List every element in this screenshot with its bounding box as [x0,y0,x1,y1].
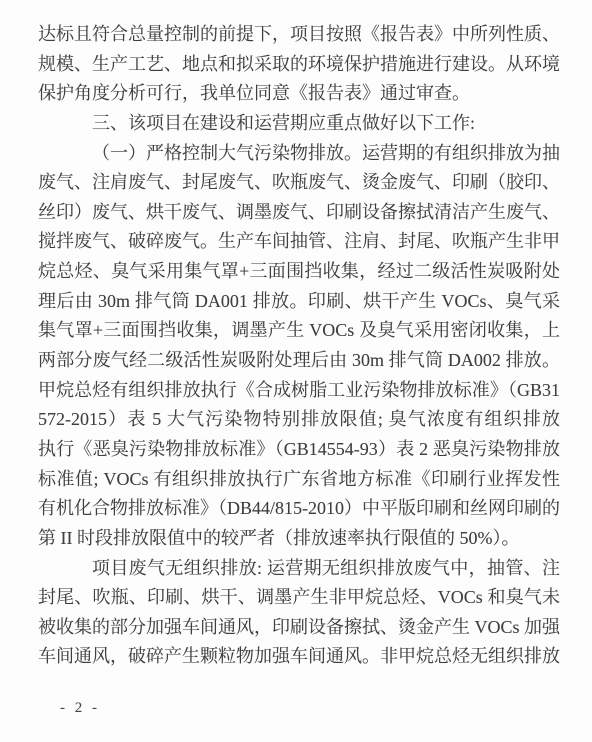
text-line: 执行《恶臭污染物排放标准》（GB14554-93）表 2 恶臭污染物排放 [38,435,560,465]
text-line: 封尾、吹瓶、印刷、烘干、调墨产生非甲烷总烃、VOCs 和臭气未 [38,583,560,613]
text-line: 项目废气无组织排放: 运营期无组织排放废气中，抽管、注肩、 [38,554,560,584]
text-line: 车间通风，破碎产生颗粒物加强车间通风。非甲烷总烃无组织排放 [38,642,560,672]
text-line: 被收集的部分加强车间通风，印刷设备擦拭、烫金产生 VOCs 加强 [38,613,560,643]
text-line: 丝印）废气、烘干废气、调墨废气、印刷设备擦拭清洁产生废气、 [38,198,560,228]
document-body: 达标且符合总量控制的前提下，项目按照《报告表》中所列性质、 规模、生产工艺、地点… [38,20,560,672]
text-line: 搅拌废气、破碎废气。生产车间抽管、注肩、封尾、吹瓶产生非甲 [38,227,560,257]
page-number: - 2 - [60,700,100,717]
text-line: 两部分废气经二级活性炭吸附处理后由 30m 排气筒 DA002 排放。非 [38,346,560,376]
text-line: 烷总烃、臭气采用集气罩+三面围挡收集，经过二级活性炭吸附处 [38,257,560,287]
text-line: 标准值; VOCs 有组织排放执行广东省地方标准《印刷行业挥发性 [38,465,560,495]
text-line: 保护角度分析可行，我单位同意《报告表》通过审查。 [38,79,560,109]
text-line: 572-2015）表 5 大气污染物特别排放限值; 臭气浓度有组织排放 [38,405,560,435]
text-line: 废气、注肩废气、封尾废气、吹瓶废气、烫金废气、印刷（胶印、 [38,168,560,198]
text-line: 集气罩+三面围挡收集，调墨产生 VOCs 及臭气采用密闭收集，上述 [38,316,560,346]
document-page: 达标且符合总量控制的前提下，项目按照《报告表》中所列性质、 规模、生产工艺、地点… [0,0,592,742]
text-line: 甲烷总烃有组织排放执行《合成树脂工业污染物排放标准》（GB31 [38,376,560,406]
text-line: 理后由 30m 排气筒 DA001 排放。印刷、烘干产生 VOCs、臭气采用 [38,287,560,317]
text-line: （一）严格控制大气污染物排放。运营期的有组织排放为抽管 [38,139,560,169]
text-line: 有机化合物排放标准》（DB44/815-2010）中平版印刷和丝网印刷的 [38,494,560,524]
text-line: 第 II 时段排放限值中的较严者（排放速率执行限值的 50%）。 [38,524,560,554]
text-line: 达标且符合总量控制的前提下，项目按照《报告表》中所列性质、 [38,20,560,50]
text-line: 规模、生产工艺、地点和拟采取的环境保护措施进行建设。从环境 [38,50,560,80]
text-line: 三、该项目在建设和运营期应重点做好以下工作: [38,109,560,139]
